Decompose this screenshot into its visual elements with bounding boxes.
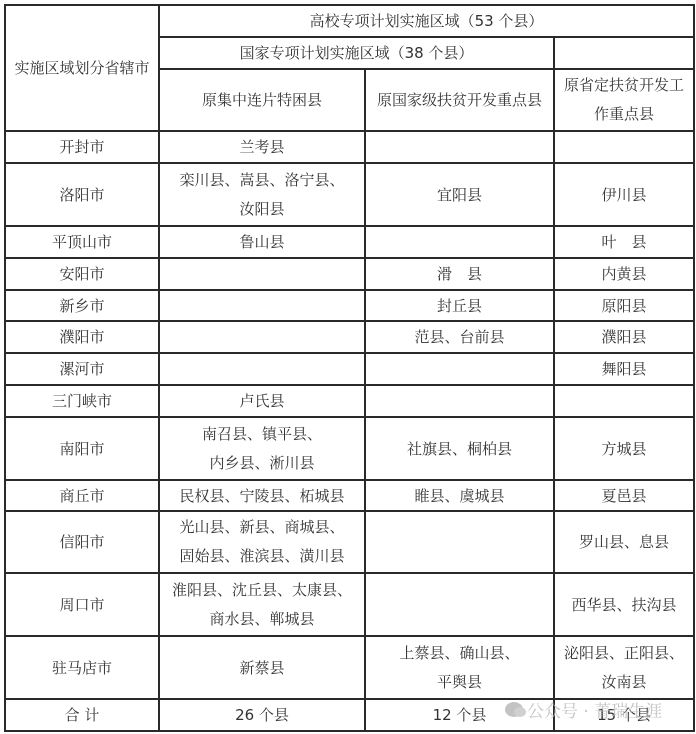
col2-cell xyxy=(365,131,554,163)
col3-cell: 舞阳县 xyxy=(554,353,694,385)
table-row: 商丘市民权县、宁陵县、柘城县睢县、虞城县夏邑县 xyxy=(5,480,694,511)
city-cell: 洛阳市 xyxy=(5,163,159,226)
col2-cell: 滑 县 xyxy=(365,258,554,290)
col1-cell: 鲁山县 xyxy=(159,226,365,258)
table-row: 濮阳市范县、台前县濮阳县 xyxy=(5,321,694,353)
col3-cell: 泌阳县、正阳县、汝南县 xyxy=(554,636,694,699)
col3-cell: 西华县、扶沟县 xyxy=(554,573,694,636)
col2-cell xyxy=(365,226,554,258)
county-line: 社旗县、桐柏县 xyxy=(366,437,553,461)
col2-cell xyxy=(365,573,554,636)
col1-cell: 栾川县、嵩县、洛宁县、汝阳县 xyxy=(159,163,365,226)
city-cell: 南阳市 xyxy=(5,417,159,480)
county-line: 泌阳县、正阳县、 xyxy=(555,639,693,668)
county-line: 滑 县 xyxy=(366,262,553,286)
county-line: 淮阳县、沈丘县、太康县、 xyxy=(160,576,364,605)
total-c3: 15 个县 xyxy=(554,699,694,731)
county-line: 鲁山县 xyxy=(160,230,364,254)
county-line: 固始县、淮滨县、潢川县 xyxy=(160,542,364,571)
col2-cell: 上蔡县、确山县、平舆县 xyxy=(365,636,554,699)
county-line: 新蔡县 xyxy=(160,656,364,680)
col2-cell xyxy=(365,511,554,573)
county-line: 兰考县 xyxy=(160,135,364,159)
city-cell: 平顶山市 xyxy=(5,226,159,258)
header-empty xyxy=(554,37,694,69)
table-row: 漯河市舞阳县 xyxy=(5,353,694,385)
county-line: 汝阳县 xyxy=(160,195,364,224)
col1-cell xyxy=(159,353,365,385)
county-line: 南召县、镇平县、 xyxy=(160,420,364,449)
table-row: 平顶山市鲁山县叶 县 xyxy=(5,226,694,258)
county-line: 内乡县、淅川县 xyxy=(160,449,364,478)
county-line: 宜阳县 xyxy=(366,183,553,207)
county-line: 内黄县 xyxy=(555,262,693,286)
table-row: 驻马店市新蔡县上蔡县、确山县、平舆县泌阳县、正阳县、汝南县 xyxy=(5,636,694,699)
county-line: 罗山县、息县 xyxy=(555,530,693,554)
header-top-group: 高校专项计划实施区域（53 个县） xyxy=(159,5,694,37)
county-line: 栾川县、嵩县、洛宁县、 xyxy=(160,166,364,195)
county-table: 实施区域划分省辖市 高校专项计划实施区域（53 个县） 国家专项计划实施区域（3… xyxy=(4,4,695,732)
county-line: 原阳县 xyxy=(555,294,693,318)
col2-cell: 社旗县、桐柏县 xyxy=(365,417,554,480)
col1-cell xyxy=(159,258,365,290)
county-line: 舞阳县 xyxy=(555,357,693,381)
county-line: 叶 县 xyxy=(555,230,693,254)
col3-cell: 原阳县 xyxy=(554,290,694,321)
table-row: 开封市兰考县 xyxy=(5,131,694,163)
col2-cell xyxy=(365,353,554,385)
col1-cell: 淮阳县、沈丘县、太康县、商水县、郸城县 xyxy=(159,573,365,636)
city-cell: 安阳市 xyxy=(5,258,159,290)
col2-cell: 范县、台前县 xyxy=(365,321,554,353)
table-row: 南阳市南召县、镇平县、内乡县、淅川县社旗县、桐柏县方城县 xyxy=(5,417,694,480)
header-national-group: 国家专项计划实施区域（38 个县） xyxy=(159,37,554,69)
city-cell: 开封市 xyxy=(5,131,159,163)
table-row: 三门峡市卢氏县 xyxy=(5,385,694,417)
total-row: 合 计 26 个县 12 个县 15 个县 xyxy=(5,699,694,731)
county-line: 方城县 xyxy=(555,437,693,461)
county-line: 民权县、宁陵县、柘城县 xyxy=(160,484,364,508)
county-line: 上蔡县、确山县、 xyxy=(366,639,553,668)
county-line: 平舆县 xyxy=(366,668,553,697)
col1-cell: 兰考县 xyxy=(159,131,365,163)
col3-cell: 夏邑县 xyxy=(554,480,694,511)
city-cell: 信阳市 xyxy=(5,511,159,573)
col1-cell: 卢氏县 xyxy=(159,385,365,417)
header-city: 实施区域划分省辖市 xyxy=(5,5,159,131)
col1-cell xyxy=(159,290,365,321)
col1-cell: 南召县、镇平县、内乡县、淅川县 xyxy=(159,417,365,480)
city-cell: 周口市 xyxy=(5,573,159,636)
table-row: 周口市淮阳县、沈丘县、太康县、商水县、郸城县西华县、扶沟县 xyxy=(5,573,694,636)
county-line: 卢氏县 xyxy=(160,389,364,413)
county-line: 睢县、虞城县 xyxy=(366,484,553,508)
header-col2: 原国家级扶贫开发重点县 xyxy=(365,69,554,131)
col3-cell: 濮阳县 xyxy=(554,321,694,353)
county-line: 夏邑县 xyxy=(555,484,693,508)
col2-cell: 封丘县 xyxy=(365,290,554,321)
county-line: 光山县、新县、商城县、 xyxy=(160,513,364,542)
county-line: 伊川县 xyxy=(555,183,693,207)
total-c1: 26 个县 xyxy=(159,699,365,731)
city-cell: 濮阳市 xyxy=(5,321,159,353)
col3-cell xyxy=(554,131,694,163)
col2-cell xyxy=(365,385,554,417)
county-line: 范县、台前县 xyxy=(366,325,553,349)
col2-cell: 睢县、虞城县 xyxy=(365,480,554,511)
col1-cell: 光山县、新县、商城县、固始县、淮滨县、潢川县 xyxy=(159,511,365,573)
total-c2: 12 个县 xyxy=(365,699,554,731)
col3-cell: 伊川县 xyxy=(554,163,694,226)
col3-cell xyxy=(554,385,694,417)
total-label: 合 计 xyxy=(5,699,159,731)
county-line: 封丘县 xyxy=(366,294,553,318)
table-row: 信阳市光山县、新县、商城县、固始县、淮滨县、潢川县罗山县、息县 xyxy=(5,511,694,573)
county-line: 商水县、郸城县 xyxy=(160,605,364,634)
col1-cell xyxy=(159,321,365,353)
header-col1: 原集中连片特困县 xyxy=(159,69,365,131)
table-row: 洛阳市栾川县、嵩县、洛宁县、汝阳县宜阳县伊川县 xyxy=(5,163,694,226)
col1-cell: 新蔡县 xyxy=(159,636,365,699)
table-row: 安阳市滑 县内黄县 xyxy=(5,258,694,290)
col2-cell: 宜阳县 xyxy=(365,163,554,226)
city-cell: 漯河市 xyxy=(5,353,159,385)
col1-cell: 民权县、宁陵县、柘城县 xyxy=(159,480,365,511)
col3-cell: 内黄县 xyxy=(554,258,694,290)
col3-cell: 罗山县、息县 xyxy=(554,511,694,573)
city-cell: 三门峡市 xyxy=(5,385,159,417)
city-cell: 商丘市 xyxy=(5,480,159,511)
city-cell: 新乡市 xyxy=(5,290,159,321)
county-line: 西华县、扶沟县 xyxy=(555,593,693,617)
county-line: 濮阳县 xyxy=(555,325,693,349)
header-col3: 原省定扶贫开发工作重点县 xyxy=(554,69,694,131)
col3-cell: 叶 县 xyxy=(554,226,694,258)
city-cell: 驻马店市 xyxy=(5,636,159,699)
county-line: 汝南县 xyxy=(555,668,693,697)
table-row: 新乡市封丘县原阳县 xyxy=(5,290,694,321)
col3-cell: 方城县 xyxy=(554,417,694,480)
